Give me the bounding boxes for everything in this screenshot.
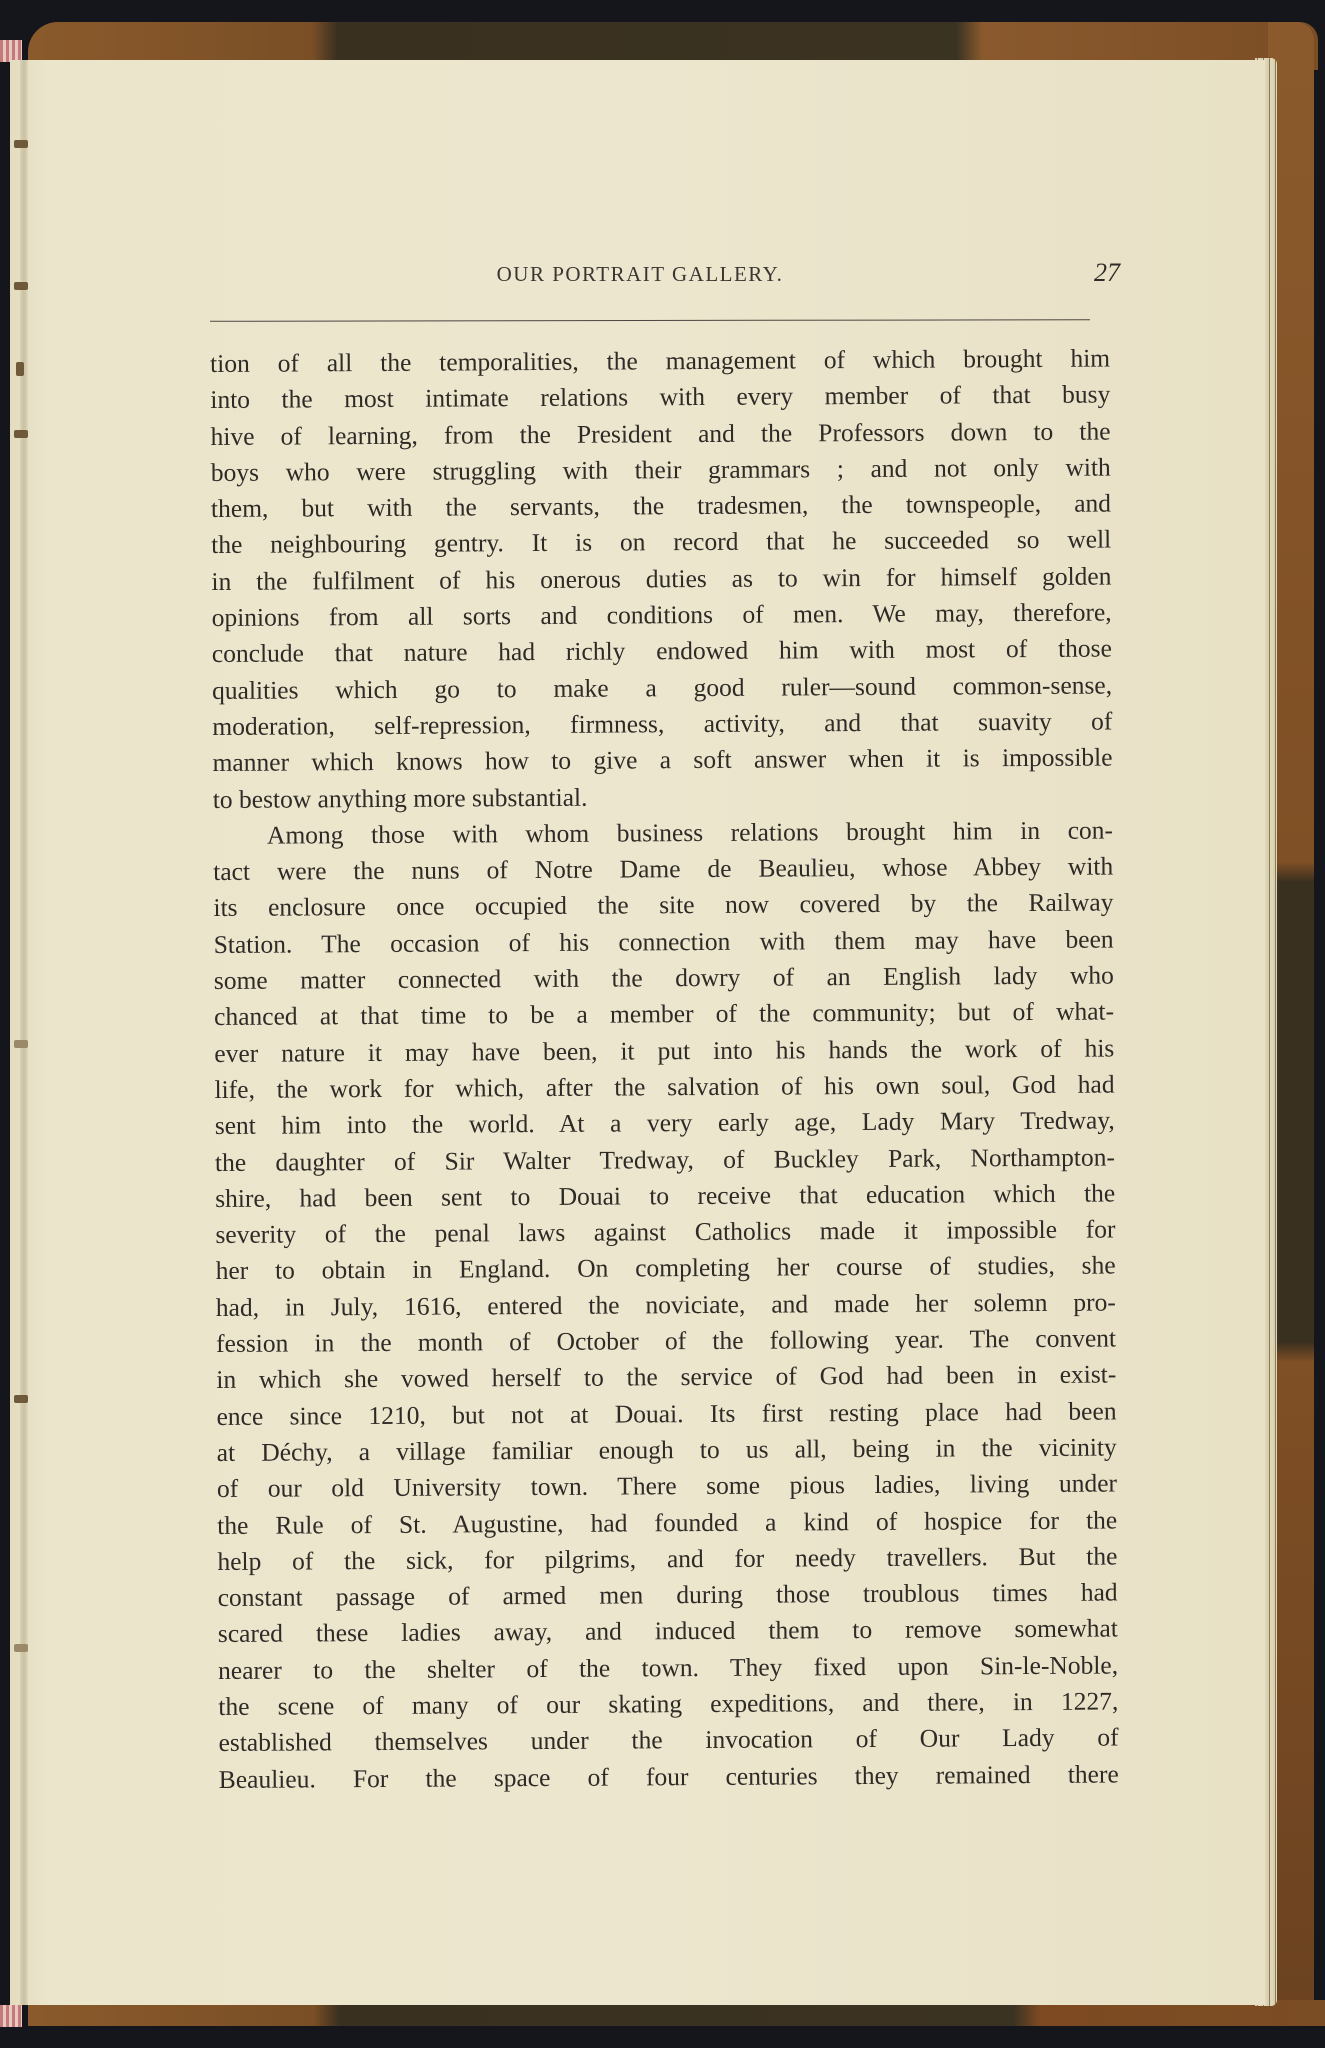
text-line: in which she vowed herself to the servic… <box>216 1357 1116 1399</box>
text-line: the neighbouring gentry. It is on record… <box>211 522 1111 564</box>
text-line: fession in the month of October of the f… <box>216 1320 1116 1362</box>
binding-stitch-mark <box>14 1395 28 1403</box>
text-line: into the most intimate relations with ev… <box>210 377 1110 419</box>
text-line: established themselves under the invocat… <box>218 1720 1118 1762</box>
text-line: them, but with the servants, the tradesm… <box>211 486 1111 528</box>
text-line: conclude that nature had richly endowed … <box>212 631 1112 673</box>
text-line: help of the sick, for pilgrims, and for … <box>217 1538 1117 1580</box>
binding-stitch-mark <box>14 140 28 148</box>
text-line: to bestow anything more substantial. <box>213 776 1113 818</box>
text-line: moderation, self-repression, firmness, a… <box>212 703 1112 745</box>
text-line: life, the work for which, after the salv… <box>214 1066 1114 1108</box>
text-line: manner which knows how to give a soft an… <box>212 740 1112 782</box>
text-line: tact were the nuns of Notre Dame de Beau… <box>213 849 1113 891</box>
text-line: in the fulfilment of his onerous duties … <box>211 558 1111 600</box>
text-line: nearer to the shelter of the town. They … <box>218 1647 1118 1689</box>
binding-stitch-mark <box>16 362 24 376</box>
text-line: boys who were struggling with their gram… <box>211 449 1111 491</box>
text-line: shire, had been sent to Douai to receive… <box>215 1175 1115 1217</box>
text-line: ever nature it may have been, it put int… <box>214 1030 1114 1072</box>
text-line: hive of learning, from the President and… <box>210 413 1110 455</box>
text-line: her to obtain in England. On completing … <box>216 1248 1116 1290</box>
body-text: tion of all the temporalities, the manag… <box>210 341 1119 1798</box>
text-line: chanced at that time to be a member of t… <box>214 994 1114 1036</box>
text-line: the Rule of St. Augustine, had founded a… <box>217 1502 1117 1544</box>
page-number: 27 <box>1060 258 1120 288</box>
text-line: Beaulieu. For the space of four centurie… <box>219 1756 1119 1798</box>
headband-top <box>0 40 22 62</box>
page-gutter <box>20 60 28 2005</box>
binding-stitch-mark <box>14 1040 28 1048</box>
running-head: OUR PORTRAIT GALLERY. <box>440 262 840 287</box>
binding-stitch-mark <box>14 282 28 290</box>
text-line: qualities which go to make a good ruler—… <box>212 667 1112 709</box>
headband-bottom <box>0 2005 22 2027</box>
paragraph: Among those with whom business relations… <box>213 812 1119 1797</box>
text-line: constant passage of armed men during tho… <box>218 1575 1118 1617</box>
text-line: the daughter of Sir Walter Tredway, of B… <box>215 1139 1115 1181</box>
text-line: sent him into the world. At a very early… <box>215 1103 1115 1145</box>
text-line: the scene of many of our skating expedit… <box>218 1683 1118 1725</box>
text-line: tion of all the temporalities, the manag… <box>210 341 1110 383</box>
text-line: Among those with whom business relations… <box>213 812 1113 854</box>
binding-stitch-mark <box>14 430 28 438</box>
text-line: scared these ladies away, and induced th… <box>218 1611 1118 1653</box>
binding-stitch-mark <box>14 1644 28 1652</box>
text-line: its enclosure once occupied the site now… <box>213 885 1113 927</box>
text-line: ence since 1210, but not at Douai. Its f… <box>216 1393 1116 1435</box>
text-line: severity of the penal laws against Catho… <box>215 1212 1115 1254</box>
text-line: of our old University town. There some p… <box>217 1466 1117 1508</box>
text-line: opinions from all sorts and conditions o… <box>212 595 1112 637</box>
paragraph: tion of all the temporalities, the manag… <box>210 341 1113 818</box>
text-line: had, in July, 1616, entered the noviciat… <box>216 1284 1116 1326</box>
text-line: some matter connected with the dowry of … <box>214 958 1114 1000</box>
text-line: Station. The occasion of his connection … <box>214 921 1114 963</box>
text-line: at Déchy, a village familiar enough to u… <box>217 1429 1117 1471</box>
